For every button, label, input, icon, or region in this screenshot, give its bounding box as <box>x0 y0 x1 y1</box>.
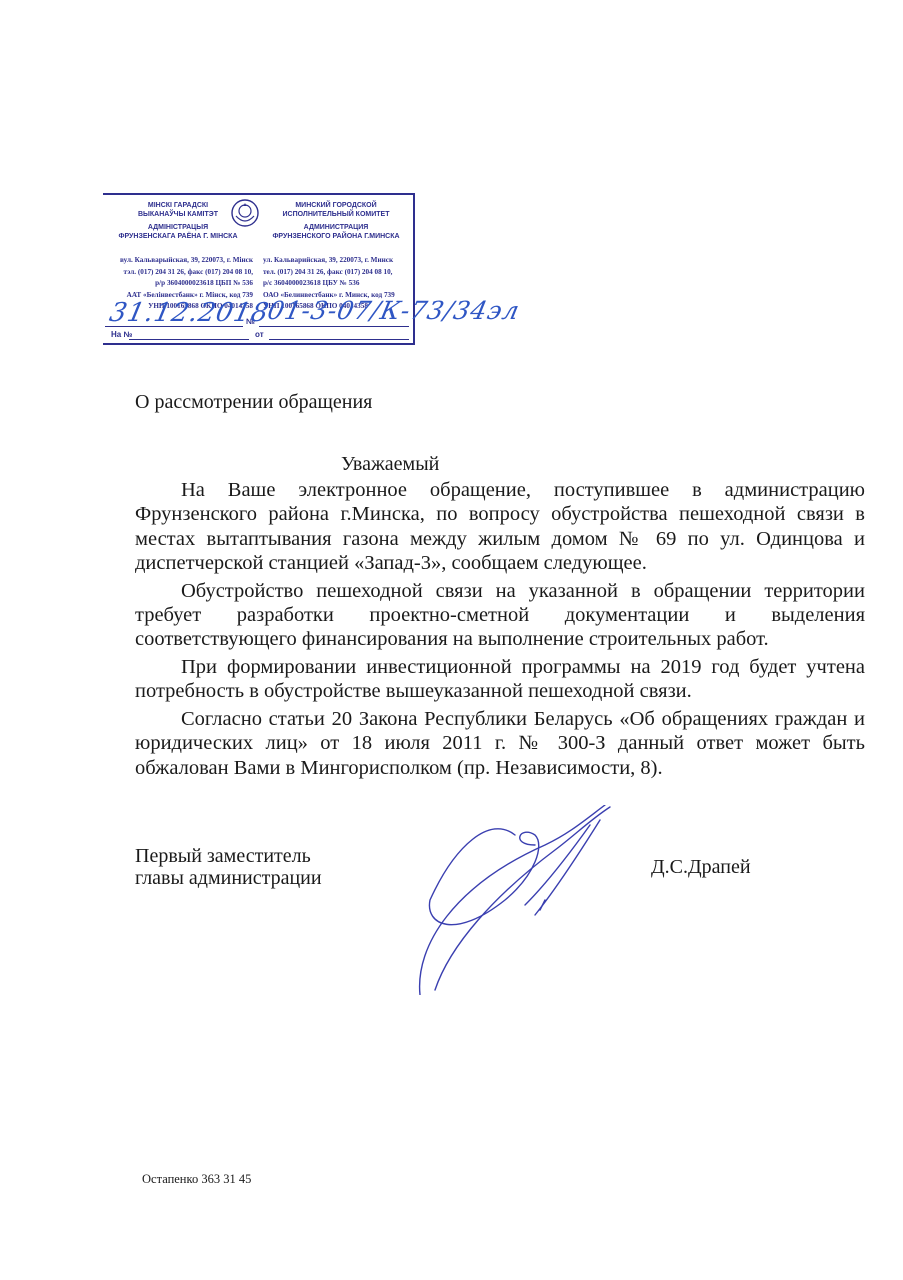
stamp-header-russian: МИНСКИЙ ГОРОДСКОЙ ИСПОЛНИТЕЛЬНЫЙ КОМИТЕТ… <box>261 201 411 241</box>
handwritten-date: 31.12.2018 <box>107 298 272 328</box>
letter-subject: О рассмотрении обращения <box>135 391 372 414</box>
from-label: от <box>255 330 264 339</box>
paragraph: Согласно статьи 20 Закона Республики Бел… <box>135 707 865 780</box>
requisite-line: р/с 3604000023618 ЦБУ № 536 <box>263 278 413 290</box>
letter-body: На Ваше электронное обращение, поступивш… <box>135 478 865 784</box>
from-line <box>269 339 409 340</box>
handwritten-outgoing-number: 01-3-07/К-73/34эл <box>265 296 523 325</box>
requisite-line: ул. Кальварийская, 39, 220073, г. Минск <box>263 255 413 267</box>
paragraph: Обустройство пешеходной связи на указанн… <box>135 579 865 652</box>
paragraph: При формировании инвестиционной программ… <box>135 655 865 704</box>
stamp-header-line: МІНСКІ ГАРАДСКІ <box>103 201 253 210</box>
stamp-header-line: ВЫКАНАЎЧЫ КАМІТЭТ <box>103 210 253 219</box>
signatory-title: Первый заместитель главы администрации <box>135 845 322 889</box>
stamp-header-line: ИСПОЛНИТЕЛЬНЫЙ КОМИТЕТ <box>261 210 411 219</box>
stamp-header-line: ФРУНЗЕНСКАГА РАЁНА Г. МІНСКА <box>103 232 253 241</box>
requisite-line: вул. Кальварыйская, 39, 220073, г. Мінск <box>103 255 253 267</box>
stamp-header-belarusian: МІНСКІ ГАРАДСКІ ВЫКАНАЎЧЫ КАМІТЭТ АДМІНІ… <box>103 201 253 241</box>
signatory-name: Д.С.Драпей <box>651 856 751 879</box>
salutation: Уважаемый <box>341 453 439 476</box>
signatory-title-line: Первый заместитель <box>135 845 322 867</box>
requisite-line: тел. (017) 204 31 26, факс (017) 204 08 … <box>263 267 413 279</box>
handwritten-signature <box>395 805 635 995</box>
stamp-header-line: ФРУНЗЕНСКОГО РАЙОНА Г.МИНСКА <box>261 232 411 241</box>
stamp-header-line: АДМІНІСТРАЦЫЯ <box>103 223 253 232</box>
executor-contact: Остапенко 363 31 45 <box>142 1172 251 1187</box>
signatory-title-line: главы администрации <box>135 867 322 889</box>
stamp-header-line: АДМИНИСТРАЦИЯ <box>261 223 411 232</box>
paragraph: На Ваше электронное обращение, поступивш… <box>135 478 865 575</box>
requisite-line: тэл. (017) 204 31 26, факс (017) 204 08 … <box>103 267 253 279</box>
requisite-line: р/р 3604000023618 ЦБП № 536 <box>103 278 253 290</box>
number-line <box>259 326 409 327</box>
stamp-header-line: МИНСКИЙ ГОРОДСКОЙ <box>261 201 411 210</box>
reply-number-label: На № <box>111 330 132 339</box>
reply-number-line <box>129 339 249 340</box>
